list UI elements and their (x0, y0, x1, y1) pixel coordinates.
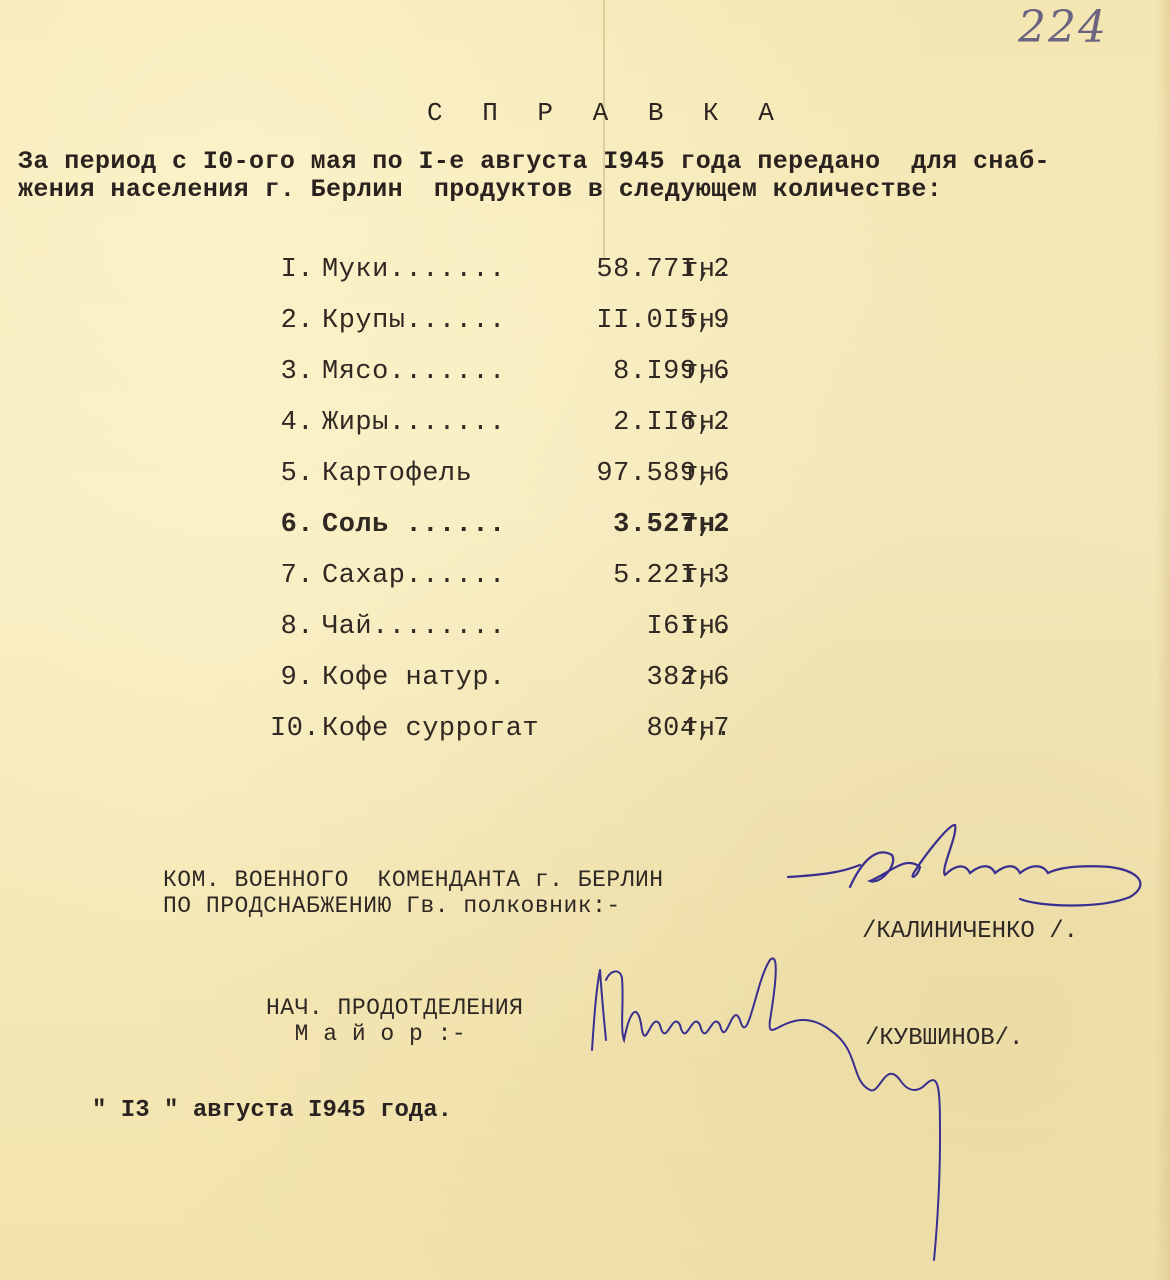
list-item: 2.Крупы......II.0I5,9тн. (270, 301, 539, 352)
list-item: 7.Сахар......5.22I,3тн. (270, 556, 539, 607)
signatory-title-line: КОМ. ВОЕННОГО КОМЕНДАНТА г. БЕРЛИН (163, 867, 664, 893)
signature-1-icon (780, 815, 1160, 925)
signature-2-icon (580, 940, 1050, 1270)
intro-paragraph: За период с I0-ого мая по I-е августа I9… (18, 148, 1168, 204)
signatory-2-title: НАЧ. ПРОДОТДЕЛЕНИЯ М а й о р :- (266, 995, 523, 1047)
item-name: Кофе натур. (322, 658, 506, 698)
item-unit: тн. (682, 505, 732, 545)
item-name: Картофель (322, 454, 472, 494)
document-date: " I3 " августа I945 года. (92, 1097, 452, 1124)
signatory-title-line: ПО ПРОДСНАБЖЕНИЮ Гв. полковник:- (163, 893, 664, 919)
intro-line: жения населения г. Берлин продуктов в сл… (18, 176, 1168, 204)
item-number: 2. (270, 301, 314, 341)
item-number: 5. (270, 454, 314, 494)
product-list: I.Муки.......58.77I,2тн. 2.Крупы......II… (270, 250, 539, 760)
item-name: Жиры....... (322, 403, 506, 443)
list-item: I.Муки.......58.77I,2тн. (270, 250, 539, 301)
item-name: Мясо....... (322, 352, 506, 392)
signatory-title-line: НАЧ. ПРОДОТДЕЛЕНИЯ (266, 995, 523, 1021)
item-unit: тн. (682, 250, 732, 290)
item-name: Соль ...... (322, 505, 506, 545)
item-unit: тн. (682, 709, 732, 749)
paper-fold (603, 0, 605, 260)
list-item: 4.Жиры.......2.II6,2тн. (270, 403, 539, 454)
intro-line: За период с I0-ого мая по I-е августа I9… (18, 148, 1168, 176)
list-item: 8.Чай........I6I,6тн. (270, 607, 539, 658)
item-name: Муки....... (322, 250, 506, 290)
item-number: 9. (270, 658, 314, 698)
item-number: 4. (270, 403, 314, 443)
item-number: 3. (270, 352, 314, 392)
list-item: I0.Кофе суррогат804,7тн. (270, 709, 539, 760)
item-name: Чай........ (322, 607, 506, 647)
signatory-2-name: /КУВШИНОВ/. (865, 1025, 1023, 1052)
signatory-1-title: КОМ. ВОЕННОГО КОМЕНДАНТА г. БЕРЛИНПО ПРО… (163, 867, 664, 919)
item-number: 8. (270, 607, 314, 647)
item-unit: тн. (682, 556, 732, 596)
item-unit: тн. (682, 658, 732, 698)
item-name: Крупы...... (322, 301, 506, 341)
item-number: I0. (270, 709, 314, 749)
item-name: Сахар...... (322, 556, 506, 596)
item-unit: тн. (682, 607, 732, 647)
item-number: I. (270, 250, 314, 290)
list-item: 6.Соль ......3.527,2тн. (270, 505, 539, 556)
item-unit: тн. (682, 454, 732, 494)
signatory-title-line: М а й о р :- (266, 1021, 523, 1047)
list-item: 3.Мясо.......8.I99,6тн. (270, 352, 539, 403)
list-item: 9.Кофе натур.382,6тн. (270, 658, 539, 709)
item-unit: тн. (682, 403, 732, 443)
archive-page-number: 224 (1018, 2, 1108, 53)
item-number: 7. (270, 556, 314, 596)
document-title: С П Р А В К А (427, 98, 786, 128)
list-item: 5.Картофель97.589,6тн. (270, 454, 539, 505)
item-number: 6. (270, 505, 314, 545)
item-unit: тн. (682, 301, 732, 341)
item-unit: тн. (682, 352, 732, 392)
